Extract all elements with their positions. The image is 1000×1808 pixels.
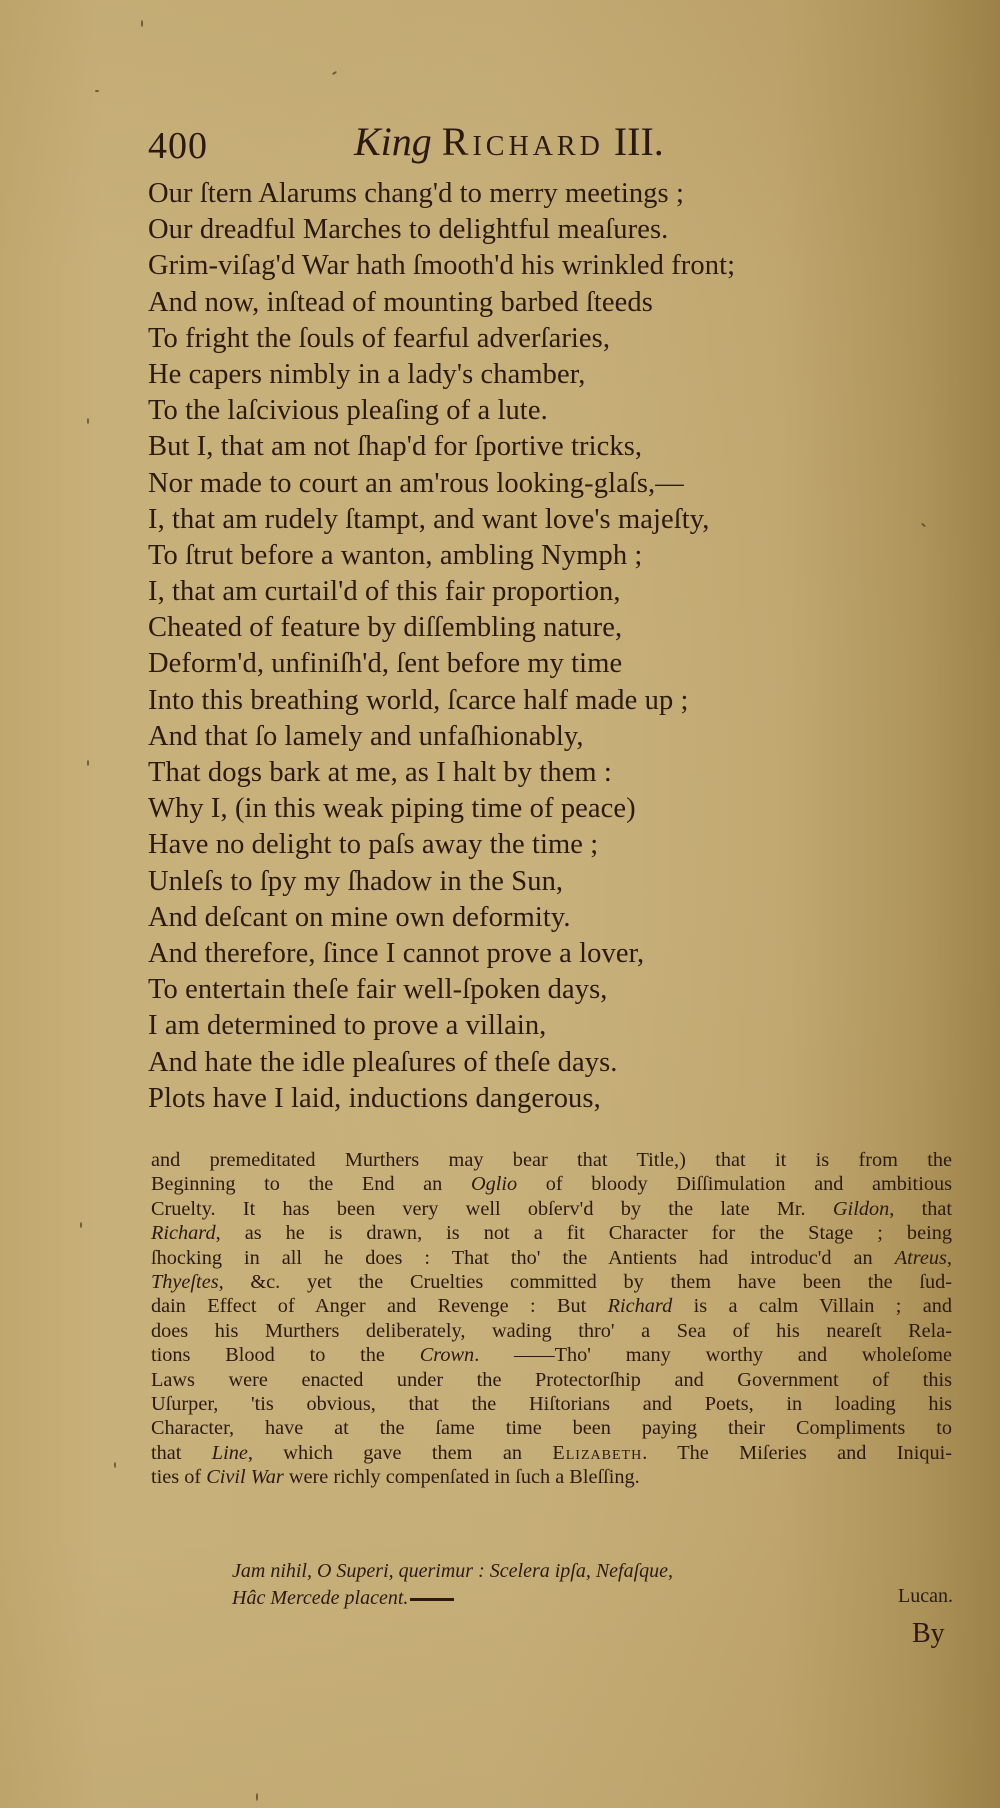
verse-line: But I, that am not ſhap'd for ſportive t… (148, 429, 908, 465)
note-line: Character, have at the ſame time been pa… (151, 1416, 952, 1440)
italic-term: Atreus (895, 1247, 947, 1269)
verse-line: Unleſs to ſpy my ſhadow in the Sun, (148, 864, 908, 900)
quote-line-2: Hâc Mercede placent. (232, 1585, 952, 1612)
verse-line: And deſcant on mine own deformity. (148, 900, 908, 936)
scan-speck (921, 523, 926, 528)
note-line: Richard, as he is drawn, is not a fit Ch… (151, 1221, 952, 1245)
verse-passage: Our ſtern Alarums chang'd to merry meeti… (148, 176, 908, 1117)
italic-term: Line (212, 1442, 248, 1464)
note-line: does his Murthers deliberately, wading t… (151, 1319, 952, 1343)
note-line: that Line, which gave them an Elizabeth.… (151, 1441, 952, 1465)
verse-line: Deform'd, unfiniſh'd, ſent before my tim… (148, 646, 908, 682)
note-line: Uſurper, 'tis obvious, that the Hiſtoria… (151, 1392, 952, 1416)
quote-line-1: Jam nihil, O Superi, querimur : Scelera … (232, 1558, 952, 1585)
verse-line: To the laſcivious pleaſing of a lute. (148, 393, 908, 429)
note-text: . The Miſeries and Iniqui- (642, 1442, 952, 1464)
running-title-numeral: III. (614, 119, 664, 164)
verse-line: Nor made to court an am'rous looking-gla… (148, 466, 908, 502)
italic-term: Oglio (471, 1173, 517, 1195)
note-text: . ——Tho' many worthy and wholeſome (474, 1344, 952, 1366)
note-text: , &c. yet the Cruelties committed by the… (219, 1271, 952, 1293)
verse-line: To fright the ſouls of fearful adverſari… (148, 321, 908, 357)
note-line: dain Effect of Anger and Revenge : But R… (151, 1294, 952, 1318)
scan-speck (114, 1462, 116, 1468)
running-title-italic: King (354, 119, 432, 164)
note-text: and premeditated Murthers may bear that … (151, 1149, 952, 1171)
note-text: Character, have at the ſame time been pa… (151, 1417, 952, 1439)
verse-line: Our dreadful Marches to delightful meaſu… (148, 212, 908, 248)
quote-attribution: Lucan. (898, 1585, 953, 1608)
note-text: dain Effect of Anger and Revenge : But (151, 1295, 608, 1317)
italic-term: Crown (420, 1344, 474, 1366)
verse-line: Grim-viſag'd War hath ſmooth'd his wrink… (148, 248, 908, 284)
note-text: , as he is drawn, is not a fit Character… (216, 1222, 952, 1244)
note-text: , which gave them an (248, 1442, 553, 1464)
scan-speck (332, 71, 337, 76)
scan-speck (256, 1793, 258, 1801)
note-text: ſhocking in all he does : That tho' the … (151, 1247, 895, 1269)
note-text: Beginning to the End an (151, 1173, 471, 1195)
note-text: Laws were enacted under the Protectorſhi… (151, 1369, 952, 1391)
note-text: Uſurper, 'tis obvious, that the Hiſtoria… (151, 1393, 952, 1415)
verse-line: I, that am curtail'd of this fair propor… (148, 574, 908, 610)
note-text: were richly compenſated in ſuch a Bleſſi… (284, 1466, 640, 1488)
note-line: Thyeſtes, &c. yet the Cruelties committe… (151, 1270, 952, 1294)
scan-speck (95, 90, 99, 92)
note-line: ſhocking in all he does : That tho' the … (151, 1246, 952, 1270)
scan-speck (87, 760, 89, 766)
note-text: tions Blood to the (151, 1344, 420, 1366)
note-text: Cruelty. It has been very well obſerv'd … (151, 1198, 833, 1220)
note-line: tions Blood to the Crown. ——Tho' many wo… (151, 1343, 952, 1367)
running-title: King Richard III. (354, 118, 664, 165)
verse-line: Have no delight to paſs away the time ; (148, 827, 908, 863)
note-text: that (151, 1442, 212, 1464)
note-line: Laws were enacted under the Protectorſhi… (151, 1368, 952, 1392)
note-text: , (947, 1247, 952, 1269)
note-line: Beginning to the End an Oglio of bloody … (151, 1172, 952, 1196)
verse-line: To entertain theſe fair well-ſpoken days… (148, 972, 908, 1008)
latin-quotation: Jam nihil, O Superi, querimur : Scelera … (232, 1558, 952, 1612)
note-line: ties of Civil War were richly compenſate… (151, 1465, 952, 1489)
running-header: 400 King Richard III. (148, 118, 868, 170)
verse-line: And that ſo lamely and unfaſhionably, (148, 719, 908, 755)
italic-term: Gildon (833, 1198, 889, 1220)
scan-speck (141, 20, 143, 27)
verse-line: To ſtrut before a wanton, ambling Nymph … (148, 538, 908, 574)
italic-term: Civil War (206, 1466, 284, 1488)
verse-line: And therefore, ſince I cannot prove a lo… (148, 936, 908, 972)
verse-line: I, that am rudely ſtampt, and want love'… (148, 502, 908, 538)
verse-line: And hate the idle pleaſures of theſe day… (148, 1045, 908, 1081)
note-text: is a calm Villain ; and (672, 1295, 952, 1317)
verse-line: He capers nimbly in a lady's chamber, (148, 357, 908, 393)
page-number: 400 (148, 124, 208, 168)
verse-line: That dogs bark at me, as I halt by them … (148, 755, 908, 791)
catchword: By (912, 1618, 945, 1650)
verse-line: Our ſtern Alarums chang'd to merry meeti… (148, 176, 908, 212)
note-line: Cruelty. It has been very well obſerv'd … (151, 1197, 952, 1221)
dash-rule (410, 1598, 454, 1601)
italic-term: Thyeſtes (151, 1271, 219, 1293)
note-line: and premeditated Murthers may bear that … (151, 1148, 952, 1172)
note-text: of bloody Diſſimulation and ambitious (517, 1173, 952, 1195)
commentary-note: and premeditated Murthers may bear that … (151, 1148, 952, 1489)
smallcaps-name: Elizabeth (552, 1442, 642, 1464)
italic-term: Richard (608, 1295, 673, 1317)
verse-line: And now, inſtead of mounting barbed ſtee… (148, 285, 908, 321)
verse-line: Cheated of feature by diſſembling nature… (148, 610, 908, 646)
note-text: ties of (151, 1466, 206, 1488)
verse-line: Why I, (in this weak piping time of peac… (148, 791, 908, 827)
note-text: does his Murthers deliberately, wading t… (151, 1320, 952, 1342)
verse-line: Into this breathing world, ſcarce half m… (148, 683, 908, 719)
note-text: , that (889, 1198, 952, 1220)
verse-line: I am determined to prove a villain, (148, 1008, 908, 1044)
scan-speck (87, 418, 89, 424)
verse-line: Plots have I laid, inductions dangerous, (148, 1081, 908, 1117)
italic-term: Richard (151, 1222, 216, 1244)
scan-speck (80, 1222, 82, 1228)
running-title-name: Richard (442, 119, 604, 164)
quote-line-2-text: Hâc Mercede placent. (232, 1587, 408, 1609)
